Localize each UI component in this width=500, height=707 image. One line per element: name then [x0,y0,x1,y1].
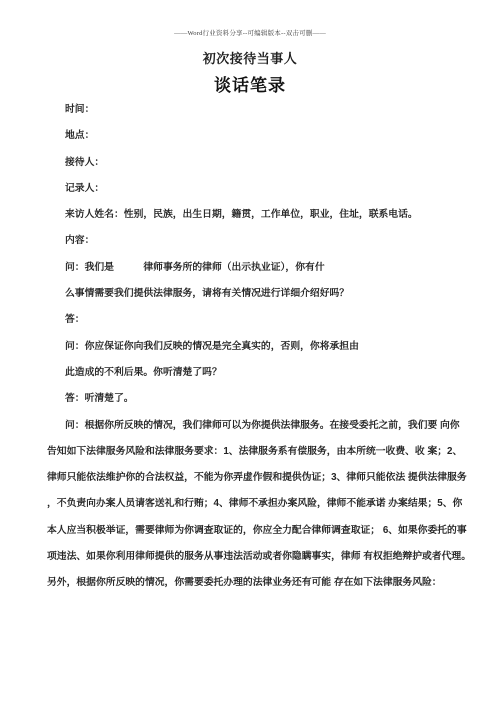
document-body: 时间：地点：接待人：记录人：来访人姓名：性别，民族，出生日期，籍贯，工作单位，职… [0,97,500,597]
text-line: 此造成的不利后果。你听清楚了吗？ [0,360,500,386]
document-subtitle: 初次接待当事人 [0,48,500,67]
document-page: ——Word行业资料分享--可编辑版本--双击可删—— 初次接待当事人 谈话笔录… [0,0,500,707]
text-line: 么事情需要我们提供法律服务，请将有关情况进行详细介绍好吗？ [0,281,500,307]
text-line: 问：我们是 律师事务所的律师（出示执业证），你有什 [0,255,500,281]
text-line: 另外，根据你所反映的情况，你需要委托办理的法律业务还有可能 存在如下法律服务风险… [0,570,500,596]
document-title: 谈话笔录 [0,71,500,96]
text-line: 答： [0,307,500,333]
text-line: 本人应当积极举证，需要律师为你调查取证的，你应全力配合律师调查取证； 6、如果你… [0,518,500,544]
text-line: 问：你应保证你向我们反映的情况是完全真实的，否则，你将承担由 [0,334,500,360]
text-line: 时间： [0,97,500,123]
watermark-note: ——Word行业资料分享--可编辑版本--双击可删—— [0,28,500,37]
text-line: 内容： [0,228,500,254]
text-line: 记录人： [0,176,500,202]
text-line: 地点： [0,123,500,149]
text-line: 问：根据你所反映的情况，我们律师可以为你提供法律服务。在接受委托之前，我们要 向… [0,413,500,439]
text-line: 接待人： [0,150,500,176]
text-line: 律师只能依法维护你的合法权益，不能为你弄虚作假和提供伪证；3、律师只能依法 提供… [0,465,500,491]
text-line: 答：听清楚了。 [0,386,500,412]
text-line: 项违法、如果你利用律师提供的服务从事违法活动或者你隐瞒事实，律师 有权拒绝辩护或… [0,544,500,570]
text-line: 来访人姓名：性别，民族，出生日期，籍贯，工作单位，职业，住址，联系电话。 [0,202,500,228]
text-line: 告知如下法律服务风险和法律服务要求：1、法律服务系有偿服务，由本所统一收费、收 … [0,439,500,465]
text-line: ，不负责向办案人员请客送礼和行贿；4、律师不承担办案风险，律师不能承诺 办案结果… [0,491,500,517]
